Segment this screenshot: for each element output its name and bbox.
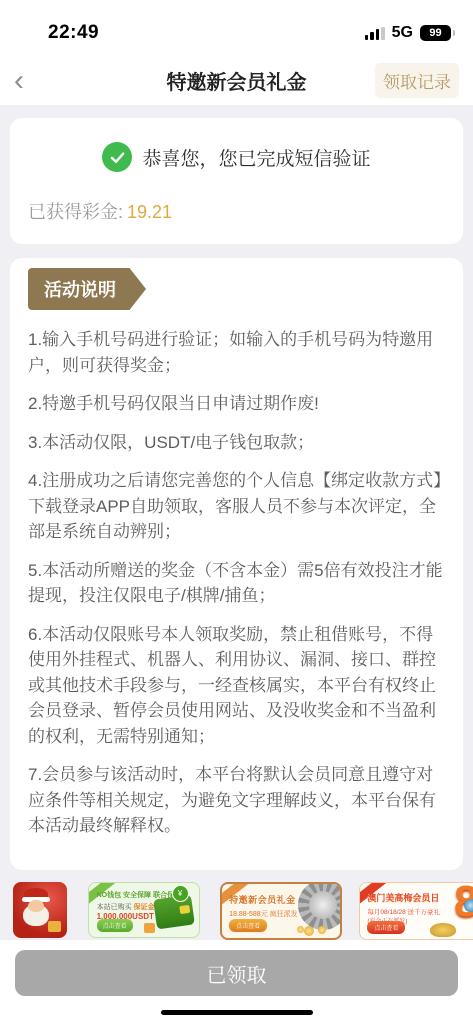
signal-strength-icon bbox=[365, 27, 385, 40]
vip-gift-thumbnail-selected[interactable]: 特邀新会员礼金 18.88-588元 疯狂派发 点击查看 bbox=[220, 882, 342, 940]
battery-icon: 99 bbox=[420, 25, 451, 41]
christmas-promo-thumbnail[interactable] bbox=[13, 882, 67, 938]
network-type-label: 5G bbox=[392, 24, 413, 42]
rule-item: 4.注册成功之后请您完善您的个人信息【绑定收款方式】下载登录APP自助领取，客服… bbox=[28, 468, 445, 545]
rule-item: 6.本活动仅限账号本人领取奖励，禁止租借账号，不得使用外挂程式、机器人、利用协议… bbox=[28, 622, 445, 750]
gift-box-icon bbox=[144, 923, 155, 933]
home-indicator bbox=[161, 1010, 313, 1015]
activity-rules-card: 活动说明 1.输入手机号码进行验证；如输入的手机号码为特邀用户，则可获得奖金； … bbox=[10, 258, 463, 870]
gold-lion-icon bbox=[430, 923, 456, 937]
battery-percentage: 99 bbox=[429, 27, 441, 39]
mgm-banner-cta: 点击查看 bbox=[367, 921, 405, 934]
app-screen: 22:49 5G 99 ‹ 特邀新会员礼金 领取记录 恭喜您，您已完成短信验证 … bbox=[0, 0, 473, 1024]
mgm-emblem-icon bbox=[464, 899, 473, 912]
rules-ribbon-title: 活动说明 bbox=[28, 268, 146, 310]
wallet-security-thumbnail[interactable]: NO钱包 安全保障 联合保障 本站已购买 保证金 1,000,000USDT 点… bbox=[88, 882, 200, 938]
mgm-member-day-thumbnail[interactable]: 8 澳门美高梅会员日 每月08/18/28 送千万豪礼 (彩金正在派发) 点击查… bbox=[359, 882, 473, 940]
clock: 22:49 bbox=[48, 22, 99, 44]
verification-success-text: 恭喜您，您已完成短信验证 bbox=[142, 144, 370, 171]
vip-banner-title: 特邀新会员礼金 bbox=[229, 893, 296, 906]
mgm-banner-subtitle: 每月08/18/28 送千万豪礼 bbox=[367, 907, 440, 916]
rule-item: 5.本活动所赠送的奖金（不含本金）需5倍有效投注才能提现，投注仅限电子/棋牌/捕… bbox=[28, 558, 445, 609]
bonus-label: 已获得彩金: bbox=[28, 202, 123, 222]
rule-item: 2.特邀手机号码仅限当日申请过期作废! bbox=[28, 391, 445, 417]
gold-coin-icon bbox=[304, 926, 314, 936]
rule-item: 3.本活动仅限，USDT/电子钱包取款； bbox=[28, 430, 445, 456]
bottom-action-bar: 已领取 bbox=[0, 940, 473, 1024]
big-eight-graphic: 8 bbox=[454, 882, 473, 927]
coin-icon: ¥ bbox=[172, 885, 189, 902]
status-bar: 22:49 5G 99 bbox=[0, 0, 473, 56]
gold-coin-icon bbox=[318, 926, 326, 934]
back-chevron-icon[interactable]: ‹ bbox=[14, 66, 44, 96]
wallet-banner-cta: 点击查看 bbox=[97, 919, 133, 932]
santa-face-shape bbox=[28, 900, 44, 912]
claim-record-button[interactable]: 领取记录 bbox=[375, 63, 459, 98]
success-check-icon bbox=[102, 142, 132, 172]
vault-dial-icon bbox=[298, 882, 342, 930]
vip-banner-subtitle: 18.88-588元 疯狂派发 bbox=[229, 909, 297, 919]
rule-item: 7.会员参与该活动时，本平台将默认会员同意且遵守对应条件等相关规定，为避免文字理… bbox=[28, 762, 445, 839]
vip-banner-cta: 点击查看 bbox=[229, 919, 267, 932]
nav-bar: ‹ 特邀新会员礼金 领取记录 bbox=[0, 56, 473, 106]
gold-coin-icon bbox=[297, 926, 304, 933]
verification-card: 恭喜您，您已完成短信验证 已获得彩金:19.21 bbox=[10, 118, 463, 244]
mgm-banner-title: 澳门美高梅会员日 bbox=[367, 891, 439, 904]
rule-item: 1.输入手机号码进行验证；如输入的手机号码为特邀用户，则可获得奖金； bbox=[28, 327, 445, 378]
bonus-amount: 19.21 bbox=[127, 202, 172, 222]
wallet-banner-subtitle: 本站已购买 保证金 bbox=[97, 902, 155, 912]
claimed-button-disabled[interactable]: 已领取 bbox=[15, 950, 458, 996]
gift-box-shape bbox=[48, 921, 61, 932]
